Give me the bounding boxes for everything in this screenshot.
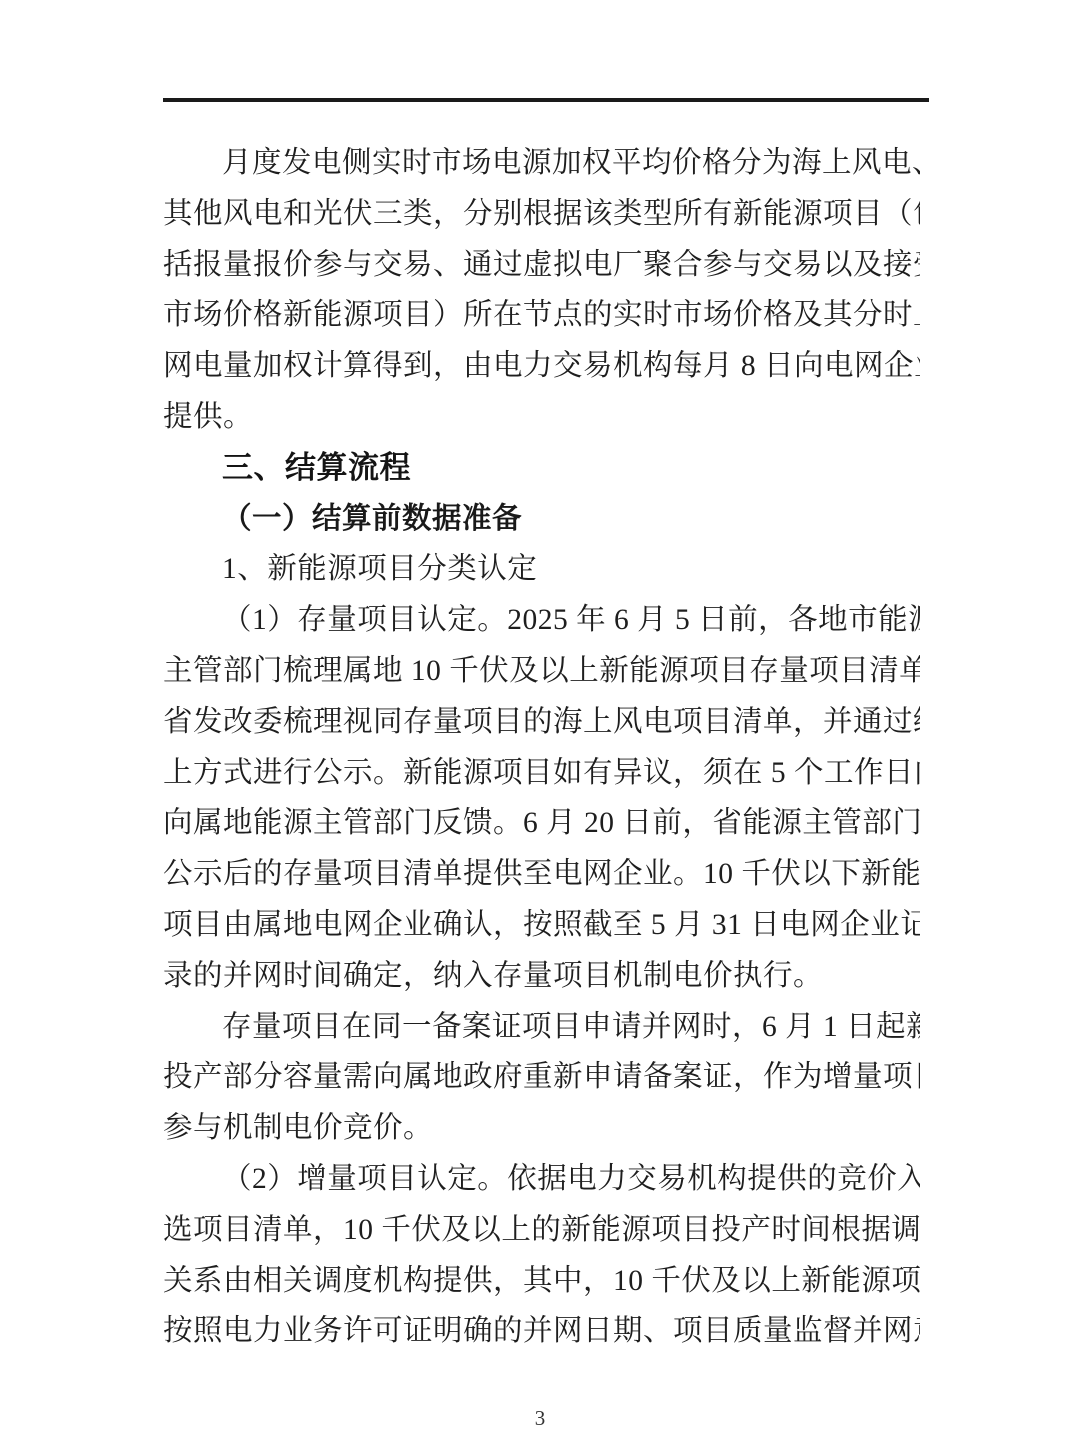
paragraph-line: 括报量报价参与交易、通过虚拟电厂聚合参与交易以及接受 [163, 240, 920, 291]
paragraph-line: （1）存量项目认定。2025 年 6 月 5 日前，各地市能源 [163, 595, 920, 646]
paragraph-line: 省发改委梳理视同存量项目的海上风电项目清单，并通过线 [163, 697, 920, 748]
paragraph-line: 项目由属地电网企业确认，按照截至 5 月 31 日电网企业记 [163, 900, 920, 951]
paragraph-line: 参与机制电价竞价。 [163, 1103, 920, 1154]
paragraph-line: （2）增量项目认定。依据电力交易机构提供的竞价入 [163, 1154, 920, 1205]
item-heading: 1、新能源项目分类认定 [163, 544, 920, 595]
paragraph-line: 月度发电侧实时市场电源加权平均价格分为海上风电、 [163, 138, 920, 189]
document-body: 月度发电侧实时市场电源加权平均价格分为海上风电、其他风电和光伏三类，分别根据该类… [163, 138, 920, 1357]
paragraph-line: 按照电力业务许可证明确的并网日期、项目质量监督并网意 [163, 1306, 920, 1357]
paragraph-line: 网电量加权计算得到，由电力交易机构每月 8 日向电网企业 [163, 341, 920, 392]
paragraph-line: 录的并网时间确定，纳入存量项目机制电价执行。 [163, 951, 920, 1002]
paragraph-line: 选项目清单，10 千伏及以上的新能源项目投产时间根据调管 [163, 1205, 920, 1256]
paragraph-line: 公示后的存量项目清单提供至电网企业。10 千伏以下新能源 [163, 849, 920, 900]
header-rule [163, 98, 929, 102]
paragraph-line: 关系由相关调度机构提供，其中，10 千伏及以上新能源项目 [163, 1256, 920, 1307]
section-heading: 三、结算流程 [163, 443, 920, 494]
paragraph-line: 投产部分容量需向属地政府重新申请备案证，作为增量项目 [163, 1052, 920, 1103]
paragraph-line: 主管部门梳理属地 10 千伏及以上新能源项目存量项目清单; [163, 646, 920, 697]
document-page: 月度发电侧实时市场电源加权平均价格分为海上风电、其他风电和光伏三类，分别根据该类… [0, 0, 1080, 1441]
paragraph-line: 提供。 [163, 392, 920, 443]
subsection-heading: （一）结算前数据准备 [163, 494, 920, 545]
page-number: 3 [0, 1406, 1080, 1431]
paragraph-line: 向属地能源主管部门反馈。6 月 20 日前，省能源主管部门将 [163, 798, 920, 849]
paragraph-line: 上方式进行公示。新能源项目如有异议，须在 5 个工作日内 [163, 748, 920, 799]
paragraph-line: 存量项目在同一备案证项目申请并网时，6 月 1 日起新 [163, 1002, 920, 1053]
paragraph-line: 其他风电和光伏三类，分别根据该类型所有新能源项目（包 [163, 189, 920, 240]
paragraph-line: 市场价格新能源项目）所在节点的实时市场价格及其分时上 [163, 290, 920, 341]
